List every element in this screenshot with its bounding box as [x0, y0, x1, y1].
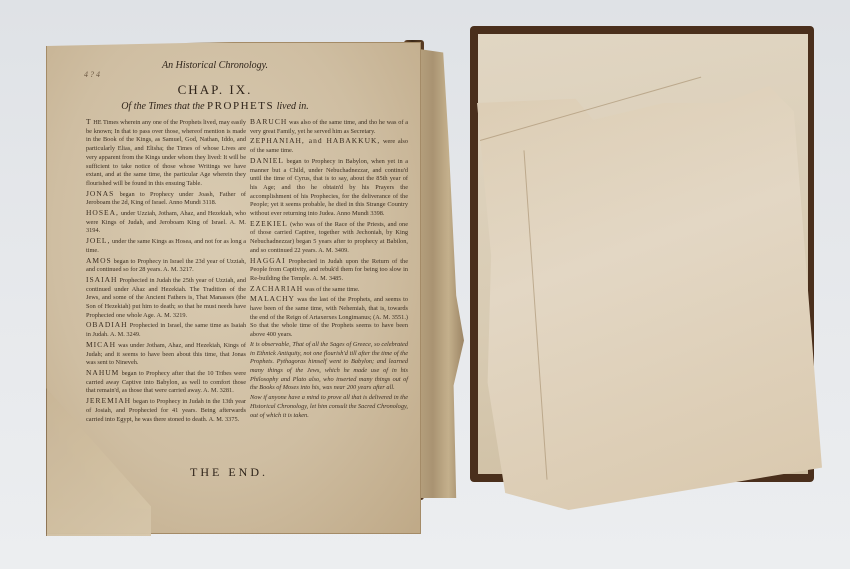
chapter-heading: CHAP. IX.	[80, 82, 350, 98]
paragraph: BARUCH was also of the same time, and th…	[250, 118, 408, 136]
text-column-right: BARUCH was also of the same time, and th…	[250, 118, 408, 421]
paragraph: EZEKIEL (who was of the Race of the Prie…	[250, 220, 408, 256]
running-head: An Historical Chronology.	[80, 60, 350, 71]
paragraph: HAGGAI Prophecied in Judah upon the Retu…	[250, 257, 408, 284]
paragraph: ZACHARIAH was of the same time.	[250, 285, 408, 295]
paragraph: ISAIAH Prophecied in Judah the 25th year…	[86, 276, 246, 321]
paragraph: JONAS began to Prophecy under Joash, Fat…	[86, 190, 246, 208]
paragraph: JOEL, under the same Kings as Hosea, and…	[86, 237, 246, 255]
paragraph: Now if anyone have a mind to prove all t…	[250, 394, 408, 420]
paragraph: OBADIAH Prophecied in Israel, the same t…	[86, 321, 246, 339]
paragraph: MICAH was under Jotham, Ahaz, and Hezeki…	[86, 341, 246, 368]
paragraph: HOSEA, under Uzziah, Jotham, Ahaz, and H…	[86, 209, 246, 236]
paragraph: AMOS began to Prophecy in Israel the 23d…	[86, 257, 246, 275]
the-end-label: THE END.	[190, 465, 268, 480]
paragraph: T HE Times wherein any one of the Prophe…	[86, 118, 246, 189]
paragraph: It is observable, That of all the Sages …	[250, 341, 408, 393]
chapter-subtitle: Of the Times that the PROPHETS lived in.	[80, 100, 350, 112]
paragraph: NAHUM began to Prophecy after that the 1…	[86, 369, 246, 396]
paragraph: DANIEL began to Prophecy in Babylon, whe…	[250, 157, 408, 219]
paragraph: JEREMIAH began to Prophecy in Judah in t…	[86, 397, 246, 424]
paragraph: MALACHY was the last of the Prophets, an…	[250, 295, 408, 340]
paragraph: ZEPHANIAH, and HABAKKUK, were also of th…	[250, 137, 408, 155]
text-column-left: T HE Times wherein any one of the Prophe…	[86, 118, 246, 425]
page-number: 4 ? 4	[84, 70, 100, 79]
